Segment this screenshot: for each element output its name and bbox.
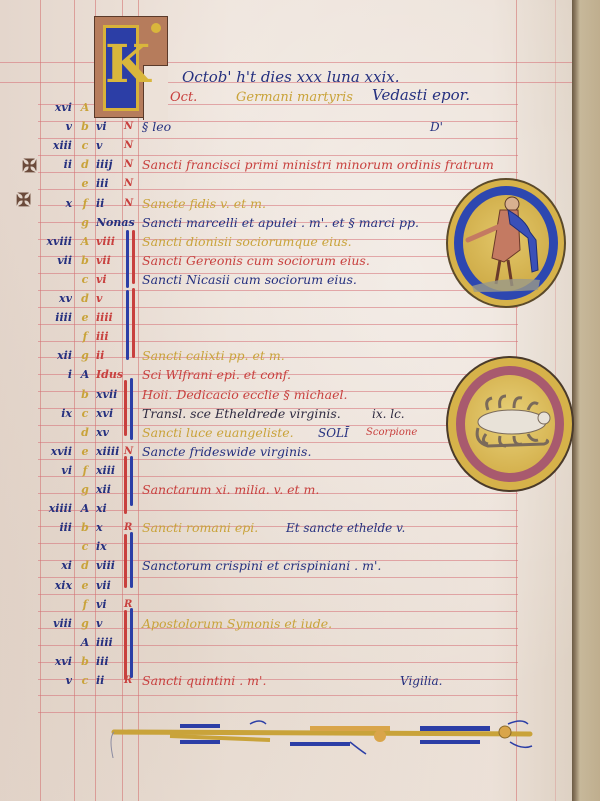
golden-number: xix bbox=[44, 578, 72, 594]
calendar-row: cviSancti Nicasii cum sociorum eius. bbox=[0, 272, 520, 288]
calendar-row: fviR bbox=[0, 597, 520, 613]
golden-number: xvi bbox=[44, 654, 72, 670]
calendar-row: Aiiii bbox=[0, 635, 520, 651]
bracket-decoration bbox=[130, 378, 133, 440]
dominical-letter: e bbox=[78, 444, 92, 460]
sower-figure-icon bbox=[448, 180, 564, 306]
zodiac-roundel bbox=[446, 356, 574, 492]
feast-entry: Apostolorum Symonis et iude. bbox=[142, 616, 332, 632]
feast-grade-mark: N bbox=[124, 196, 138, 212]
dominical-letter: A bbox=[78, 234, 92, 250]
dominical-letter: f bbox=[78, 196, 92, 212]
dominical-letter: g bbox=[78, 348, 92, 364]
dominical-letter: b bbox=[78, 520, 92, 536]
golden-number: v bbox=[44, 673, 72, 689]
calendar-row: xidviiiSanctorum crispini et crispiniani… bbox=[0, 558, 520, 574]
calendar-row: xviiiAviiiSancti dionisii sociorumque ei… bbox=[0, 234, 520, 250]
calendar-row: xixevii bbox=[0, 578, 520, 594]
feast-entry: Sancti luce euangeliste. bbox=[142, 425, 294, 441]
golden-number: xviii bbox=[44, 234, 72, 250]
feast-entry: Sancti francisci primi ministri minorum … bbox=[142, 157, 494, 173]
calendar-row: gNonasSancti marcelli et apulei . m'. et… bbox=[0, 215, 520, 231]
feast-grade-mark: N bbox=[124, 157, 138, 173]
bracket-decoration bbox=[130, 608, 133, 678]
scorpion-icon bbox=[448, 358, 572, 490]
dominical-letter: g bbox=[78, 616, 92, 632]
calendar-row: fiii bbox=[0, 329, 520, 345]
feast-grade-mark: N bbox=[124, 176, 138, 192]
roman-date: viii bbox=[96, 234, 136, 250]
dominical-letter: g bbox=[78, 215, 92, 231]
dominical-letter: b bbox=[78, 654, 92, 670]
month-header: Octob' h't dies xxx luna xxix. bbox=[182, 68, 400, 86]
golden-number: ii bbox=[44, 157, 72, 173]
golden-number: xii bbox=[44, 348, 72, 364]
golden-number: xiiii bbox=[44, 501, 72, 517]
dominical-letter: d bbox=[78, 425, 92, 441]
golden-number: v bbox=[44, 119, 72, 135]
calendar-row: xiiiiAxi bbox=[0, 501, 520, 517]
golden-number: vi bbox=[44, 463, 72, 479]
calendar-row: gxiiSanctarum xi. milia. v. et m. bbox=[0, 482, 520, 498]
calendar-row: iiibxRSancti romani epi.Et sancte etheld… bbox=[0, 520, 520, 536]
bracket-decoration bbox=[130, 456, 133, 506]
bracket-decoration bbox=[124, 534, 127, 588]
calendar-row: viiigvApostolorum Symonis et iude. bbox=[0, 616, 520, 632]
feast-annotation: Vigilia. bbox=[400, 673, 442, 689]
golden-number: xi bbox=[44, 558, 72, 574]
golden-number: iiii bbox=[44, 310, 72, 326]
calendar-row: iAIdusSci Wlfrani epi. et conf. bbox=[0, 367, 520, 383]
decorative-line-filler bbox=[110, 718, 540, 758]
feast-entry: Sancti marcelli et apulei . m'. et § mar… bbox=[142, 215, 419, 231]
dominical-letter: b bbox=[78, 119, 92, 135]
feast-grade-mark: N bbox=[124, 119, 138, 135]
golden-number: xvi bbox=[44, 100, 72, 116]
bracket-decoration bbox=[132, 288, 135, 358]
ruling-line bbox=[38, 594, 518, 595]
ruling-line bbox=[38, 712, 518, 713]
initial-letter: K bbox=[105, 39, 150, 91]
zodiac-sign-label: Scorpione bbox=[366, 425, 417, 441]
feast-entry: Sancte frideswide virginis. bbox=[142, 444, 311, 460]
golden-number: xv bbox=[44, 291, 72, 307]
calendar-row: dxvSancti luce euangeliste.SOLĪScorpione bbox=[0, 425, 520, 441]
roman-date: ii bbox=[96, 348, 136, 364]
dominical-letter: d bbox=[78, 157, 92, 173]
calendar-row: iiiieiiii bbox=[0, 310, 520, 326]
dominical-letter: d bbox=[78, 291, 92, 307]
calendar-row: viibviiSancti Gereonis cum sociorum eius… bbox=[0, 253, 520, 269]
calendar-row: xviA bbox=[0, 100, 520, 116]
calendar-row: ixcxviTransl. sce Etheldrede virginis.ix… bbox=[0, 406, 520, 422]
ruling-line bbox=[38, 442, 518, 443]
calendar-row: eiiiN bbox=[0, 176, 520, 192]
bracket-decoration bbox=[126, 290, 129, 360]
bracket-decoration bbox=[124, 610, 127, 680]
feast-entry: Sci Wlfrani epi. et conf. bbox=[142, 367, 291, 383]
feast-entry: Sancti calixti pp. et m. bbox=[142, 348, 285, 364]
ruling-line bbox=[38, 695, 518, 696]
feast-grade-mark: N bbox=[124, 138, 138, 154]
dominical-letter: A bbox=[78, 100, 92, 116]
calendar-row: xvibiii bbox=[0, 654, 520, 670]
dominical-letter: b bbox=[78, 253, 92, 269]
golden-number: iii bbox=[44, 520, 72, 536]
initial-dot bbox=[151, 23, 161, 33]
dominical-letter: g bbox=[78, 482, 92, 498]
dominical-letter: f bbox=[78, 329, 92, 345]
feast-annotation: Et sancte ethelde v. bbox=[286, 520, 405, 536]
ruling-line bbox=[38, 307, 518, 308]
dominical-letter: b bbox=[78, 387, 92, 403]
bracket-decoration bbox=[124, 456, 127, 514]
dominical-letter: f bbox=[78, 597, 92, 613]
dominical-letter: A bbox=[78, 501, 92, 517]
dominical-letter: d bbox=[78, 558, 92, 574]
golden-number: vii bbox=[44, 253, 72, 269]
calendar-row: vbviN§ leoD' bbox=[0, 119, 520, 135]
labour-roundel bbox=[446, 178, 566, 308]
ruling-line bbox=[0, 62, 572, 63]
feast-entry: Sanctarum xi. milia. v. et m. bbox=[142, 482, 319, 498]
golden-number: xiii bbox=[44, 138, 72, 154]
calendar-row: xiigiiSancti calixti pp. et m. bbox=[0, 348, 520, 364]
roman-date: iii bbox=[96, 329, 136, 345]
page-gutter bbox=[572, 0, 600, 801]
feast-entry: Sancti quintini . m'. bbox=[142, 673, 266, 689]
dominical-letter: c bbox=[78, 539, 92, 555]
dominical-letter: e bbox=[78, 310, 92, 326]
calendar-row: vciiRSancti quintini . m'.Vigilia. bbox=[0, 673, 520, 689]
calendar-row: xfiiNSancte fidis v. et m. bbox=[0, 196, 520, 212]
feast-entry: Transl. sce Etheldrede virginis. bbox=[142, 406, 341, 422]
feast-entry: Sancti dionisii sociorumque eius. bbox=[142, 234, 352, 250]
calendar-row: vifxiii bbox=[0, 463, 520, 479]
feast-entry: Sancti Nicasii cum sociorum eius. bbox=[142, 272, 357, 288]
feast-entry: Sancti romani epi. bbox=[142, 520, 258, 536]
calendar-row: cix bbox=[0, 539, 520, 555]
bracket-decoration bbox=[130, 532, 133, 588]
calendar-row: xviiexiiiiNSancte frideswide virginis. bbox=[0, 444, 520, 460]
roman-date: vii bbox=[96, 253, 136, 269]
feast-annotation: D' bbox=[430, 119, 443, 135]
feast-entry: Sancte fidis v. et m. bbox=[142, 196, 266, 212]
golden-number: i bbox=[44, 367, 72, 383]
bracket-decoration bbox=[126, 230, 129, 288]
calendar-row: xvdv bbox=[0, 291, 520, 307]
feast-entry: Sancti Gereonis cum sociorum eius. bbox=[142, 253, 370, 269]
dominical-letter: c bbox=[78, 272, 92, 288]
feast-entry: § leo bbox=[142, 119, 171, 135]
ruling-line bbox=[38, 155, 518, 156]
bracket-decoration bbox=[124, 380, 127, 436]
feast-annotation: ix. lc. bbox=[372, 406, 405, 422]
golden-number: x bbox=[44, 196, 72, 212]
dominical-letter: A bbox=[78, 367, 92, 383]
golden-number: xvii bbox=[44, 444, 72, 460]
dominical-letter: A bbox=[78, 635, 92, 651]
dominical-letter: c bbox=[78, 406, 92, 422]
calendar-row: bxviiHoii. Dedicacio ecclie § michael. bbox=[0, 387, 520, 403]
feast-entry: Sanctorum crispini et crispiniani . m'. bbox=[142, 558, 381, 574]
feast-annotation: SOLĪ bbox=[318, 425, 349, 441]
dominical-letter: e bbox=[78, 176, 92, 192]
roman-date: iiii bbox=[96, 310, 136, 326]
bracket-decoration bbox=[132, 230, 135, 284]
golden-number: viii bbox=[44, 616, 72, 632]
roman-date: v bbox=[96, 291, 136, 307]
dominical-letter: f bbox=[78, 463, 92, 479]
roman-date: Nonas bbox=[96, 215, 136, 231]
dominical-letter: c bbox=[78, 673, 92, 689]
roman-date: vi bbox=[96, 272, 136, 288]
calendar-row: iidiiijNSancti francisci primi ministri … bbox=[0, 157, 520, 173]
calendar-row: xiiicvN bbox=[0, 138, 520, 154]
golden-number: ix bbox=[44, 406, 72, 422]
dominical-letter: e bbox=[78, 578, 92, 594]
feast-entry: Hoii. Dedicacio ecclie § michael. bbox=[142, 387, 347, 403]
dominical-letter: c bbox=[78, 138, 92, 154]
